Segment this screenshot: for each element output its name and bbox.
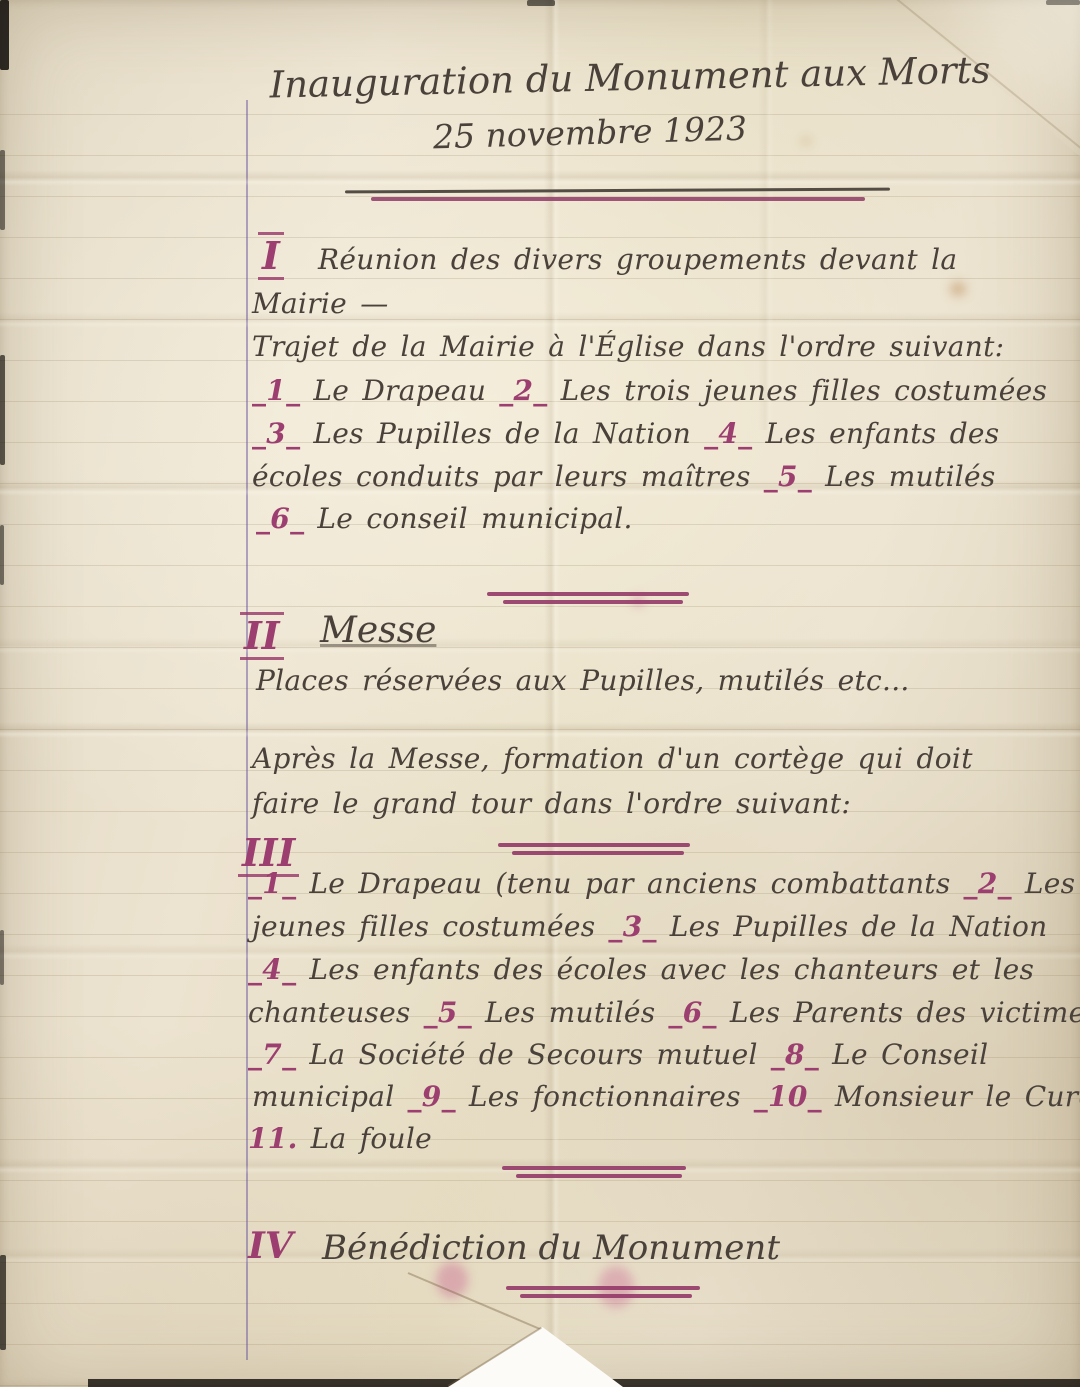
paper-crease (0, 722, 1080, 738)
list-number: _5_ (764, 460, 812, 493)
list-number: _2_ (964, 867, 1012, 900)
manuscript-line: faire le grand tour dans l'ordre suivant… (252, 786, 851, 821)
handwritten-text: municipal (252, 1080, 394, 1113)
handwritten-text: Les Parents des victimes (730, 996, 1080, 1029)
handwritten-text: Réunion des divers groupements devant la (318, 243, 957, 276)
manuscript-line: jeunes filles costumées_3_Les Pupilles d… (252, 909, 1047, 944)
manuscript-line: _4_Les enfants des écoles avec les chant… (248, 952, 1034, 987)
handwritten-text: Les mutilés (485, 996, 655, 1029)
handwritten-text: Le Drapeau (313, 374, 486, 407)
manuscript-line: municipal_9_Les fonctionnaires_10_Monsie… (252, 1079, 1080, 1114)
handwritten-text: Les trois jeunes filles costumées (561, 374, 1048, 407)
section-numeral-1: I (258, 232, 284, 280)
handwritten-text: Les Pupilles de la Nation (670, 910, 1048, 943)
section-separator (503, 600, 683, 604)
manuscript-line: _1_Le Drapeau (tenu par anciens combatta… (248, 866, 1080, 901)
section-separator (506, 1286, 700, 1290)
section-numeral-2: II (240, 612, 284, 660)
list-number: _7_ (248, 1038, 296, 1071)
scan-edge-mark (0, 930, 4, 985)
section-heading-benediction: Bénédiction du Monument (322, 1228, 780, 1268)
handwritten-text: écoles conduits par leurs maîtres (252, 460, 751, 493)
handwritten-text: Places réservées aux Pupilles, mutilés e… (256, 664, 910, 697)
list-number: _5_ (424, 996, 472, 1029)
handwritten-text: Le conseil municipal. (317, 502, 632, 535)
paper-crease (0, 638, 1080, 654)
handwritten-text: Après la Messe, formation d'un cortège q… (252, 742, 973, 775)
scan-edge-mark (0, 1255, 6, 1350)
manuscript-line: Réunion des divers groupements devant la (318, 242, 957, 277)
manuscript-line: Trajet de la Mairie à l'Église dans l'or… (252, 329, 1004, 364)
scan-edge-mark (527, 0, 555, 6)
manuscript-line: _6_Le conseil municipal. (256, 501, 633, 536)
handwritten-text: Les enfants des (765, 417, 999, 450)
manuscript-line: 11.La foule (248, 1121, 432, 1156)
list-number: _6_ (256, 502, 304, 535)
manuscript-line: _1_Le Drapeau_2_Les trois jeunes filles … (252, 373, 1047, 408)
handwritten-text: Les enfants des écoles avec les chanteur… (309, 953, 1034, 986)
scan-edge-mark (0, 150, 5, 230)
scan-edge-mark (0, 0, 9, 70)
section-separator (502, 1166, 686, 1170)
list-number: _6_ (668, 996, 716, 1029)
handwritten-text: faire le grand tour dans l'ordre suivant… (252, 787, 851, 820)
list-number: _1_ (252, 374, 300, 407)
manuscript-page: Inauguration du Monument aux Morts 25 no… (0, 0, 1080, 1387)
list-number: 11. (248, 1122, 298, 1155)
handwritten-text: chanteuses (248, 996, 411, 1029)
rust-stain (950, 282, 966, 296)
section-separator (512, 851, 684, 855)
scan-edge-mark (0, 525, 4, 585)
list-number: _10_ (754, 1080, 822, 1113)
paper-crease (0, 170, 1080, 186)
manuscript-line: Mairie — (252, 286, 389, 321)
handwritten-text: Le Conseil (832, 1038, 988, 1071)
handwritten-text: jeunes filles costumées (252, 910, 595, 943)
list-number: _3_ (252, 417, 300, 450)
section-numeral-4: IV (244, 1226, 297, 1266)
manuscript-line: chanteuses_5_Les mutilés_6_Les Parents d… (248, 995, 1080, 1030)
list-number: _1_ (248, 867, 296, 900)
manuscript-line: Après la Messe, formation d'un cortège q… (252, 741, 973, 776)
handwritten-text: Les fonctionnaires (469, 1080, 741, 1113)
title-rule-purple (371, 197, 865, 201)
manuscript-line: écoles conduits par leurs maîtres_5_Les … (252, 459, 996, 494)
list-number: _4_ (704, 417, 752, 450)
paper-crease (0, 312, 1080, 328)
section-separator (516, 1174, 682, 1178)
list-number: _9_ (407, 1080, 455, 1113)
manuscript-line: Places réservées aux Pupilles, mutilés e… (256, 663, 910, 698)
handwritten-text: Les trois (1025, 867, 1080, 900)
manuscript-line: _3_Les Pupilles de la Nation_4_Les enfan… (252, 416, 999, 451)
section-heading-messe: Messe (320, 610, 436, 651)
scan-edge-mark (1046, 0, 1080, 5)
list-number: _3_ (608, 910, 656, 943)
section-separator (498, 843, 690, 847)
handwritten-text: Les mutilés (825, 460, 995, 493)
list-number: _8_ (771, 1038, 819, 1071)
scan-edge-mark (0, 355, 5, 465)
handwritten-text: La Société de Secours mutuel (309, 1038, 757, 1071)
handwritten-text: Mairie — (252, 287, 389, 320)
list-number: _4_ (248, 953, 296, 986)
list-number: _2_ (499, 374, 547, 407)
handwritten-text: Trajet de la Mairie à l'Église dans l'or… (252, 330, 1004, 363)
handwritten-text: Le Drapeau (tenu par anciens combattants (309, 867, 950, 900)
manuscript-line: _7_La Société de Secours mutuel_8_Le Con… (248, 1037, 988, 1072)
section-separator (520, 1294, 692, 1298)
handwritten-text: Monsieur le Curé (835, 1080, 1080, 1113)
section-separator (487, 592, 689, 596)
handwritten-text: La foule (311, 1122, 432, 1155)
handwritten-text: Les Pupilles de la Nation (313, 417, 691, 450)
